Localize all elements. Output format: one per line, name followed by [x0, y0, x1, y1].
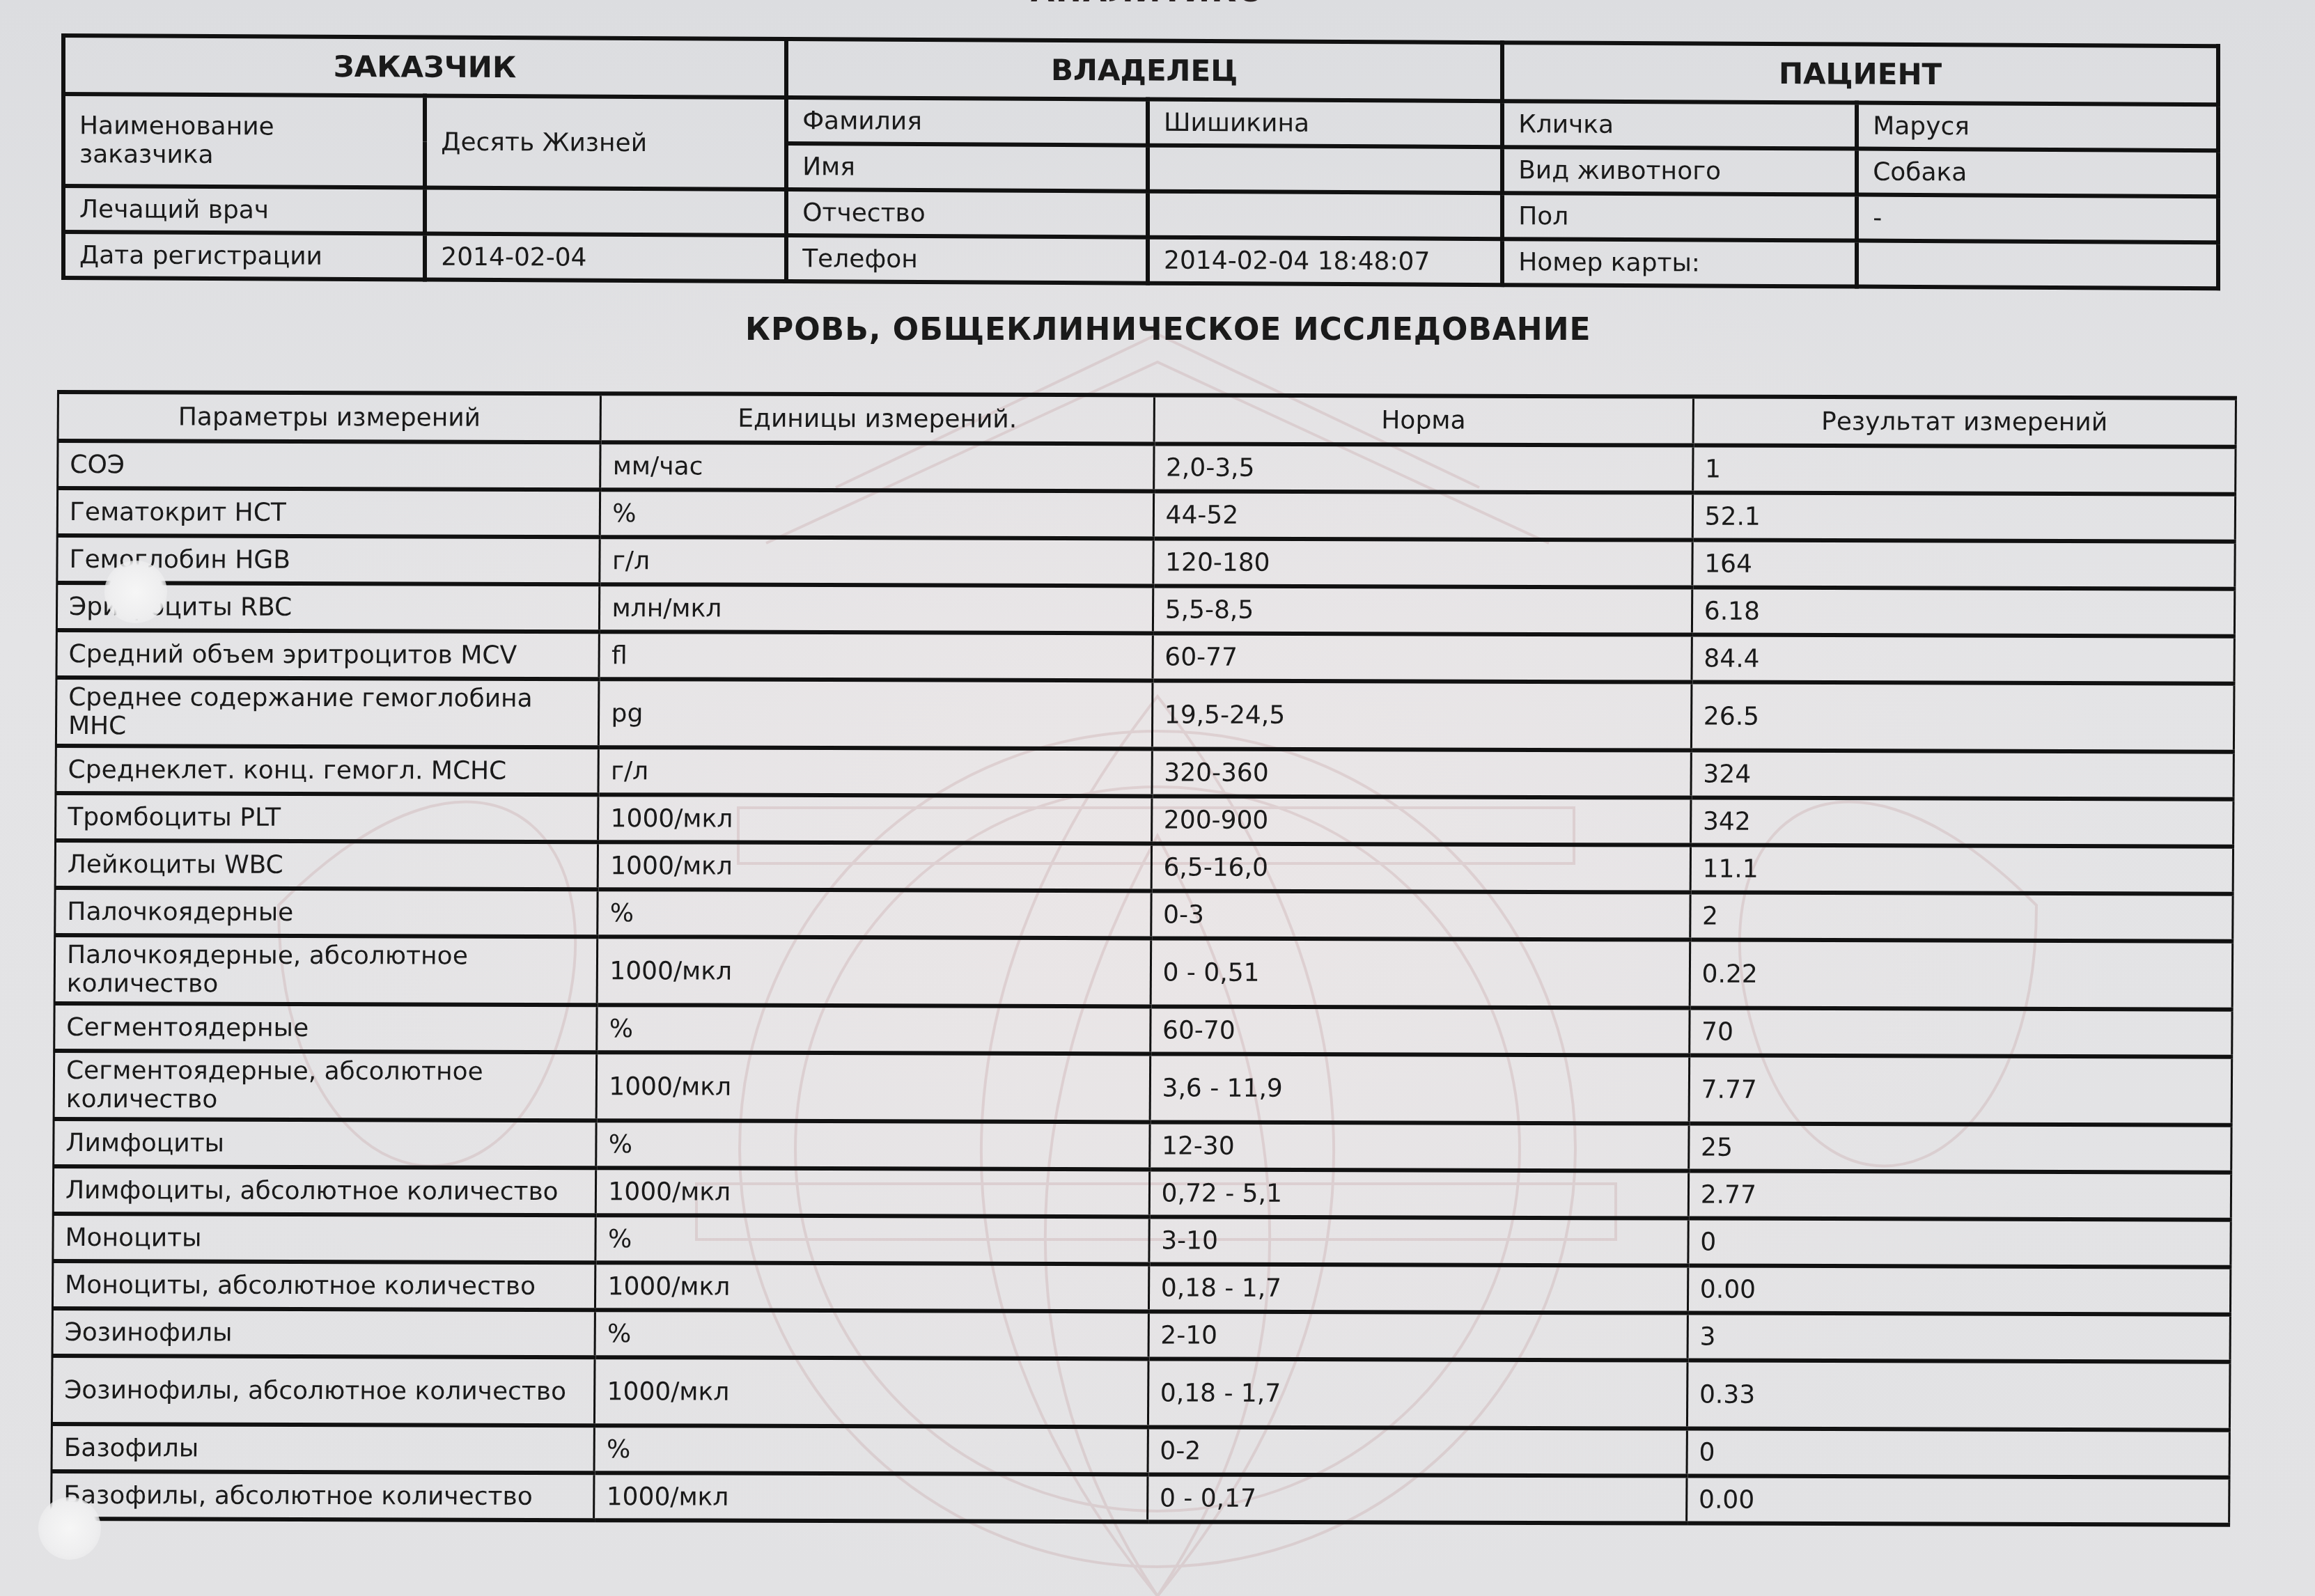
result-cell: 11.1 [1690, 845, 2234, 894]
patient-header: ПАЦИЕНТ [1502, 42, 2218, 104]
norm-cell: 2-10 [1148, 1311, 1688, 1360]
table-row: Моноциты, абсолютное количество1000/мкл0… [52, 1261, 2230, 1315]
parameter-cell: Лимфоциты, абсолютное количество [53, 1166, 596, 1215]
norm-cell: 120-180 [1153, 538, 1692, 587]
customer-header: ЗАКАЗЧИК [63, 36, 786, 97]
table-row: Лимфоциты%12-3025 [54, 1119, 2231, 1173]
unit-cell: fl [599, 632, 1153, 680]
table-row: Гематокрит HCT%44-5252.1 [57, 488, 2235, 542]
norm-cell: 60-77 [1153, 633, 1692, 682]
info-header-row: ЗАКАЗЧИК ВЛАДЕЛЕЦ ПАЦИЕНТ [63, 36, 2218, 104]
norm-cell: 3,6 - 11,9 [1150, 1054, 1690, 1123]
norm-cell: 44-52 [1153, 491, 1693, 540]
parameter-cell: Моноциты, абсолютное количество [52, 1261, 595, 1310]
norm-cell: 0-3 [1151, 891, 1690, 939]
norm-cell: 2,0-3,5 [1153, 444, 1693, 492]
glare-spot [104, 561, 167, 623]
unit-cell: 1000/мкл [598, 795, 1152, 843]
table-row: Лейкоциты WBC1000/мкл6,5-16,011.1 [55, 840, 2233, 894]
column-header-parameter: Параметры измерений [58, 392, 601, 442]
table-row: Базофилы%0-20 [52, 1424, 2229, 1478]
table-row: Лимфоциты, абсолютное количество1000/мкл… [53, 1166, 2231, 1220]
parameter-cell: Базофилы [52, 1424, 595, 1473]
result-cell: 0.22 [1690, 940, 2233, 1010]
section-title: КРОВЬ, ОБЩЕКЛИНИЧЕСКОЕ ИССЛЕДОВАНИЕ [745, 312, 1591, 347]
patient-name-label: Кличка [1502, 101, 1857, 148]
norm-cell: 6,5-16,0 [1151, 843, 1691, 892]
result-cell: 0 [1687, 1429, 2230, 1478]
result-cell: 25 [1688, 1124, 2231, 1173]
result-cell: 164 [1692, 540, 2236, 589]
unit-cell: % [597, 1005, 1151, 1054]
doctor-label: Лечащий врач [63, 186, 425, 234]
unit-cell: 1000/мкл [598, 937, 1151, 1006]
parameter-cell: СОЭ [58, 441, 601, 490]
norm-cell: 19,5-24,5 [1152, 680, 1692, 750]
unit-cell: 1000/мкл [597, 1052, 1151, 1122]
unit-cell: pg [599, 679, 1153, 749]
norm-cell: 5,5-8,5 [1153, 586, 1692, 634]
result-cell: 26.5 [1691, 682, 2234, 752]
owner-firstname-label: Имя [786, 143, 1148, 191]
parameter-cell: Палочкоядерные [55, 888, 598, 937]
norm-cell: 200-900 [1151, 796, 1691, 845]
table-row: Средний объем эритроцитов MCVfl60-7784.4 [56, 630, 2234, 684]
card-number-label: Номер карты: [1502, 239, 1857, 286]
registration-date-label: Дата регистрации [63, 232, 425, 280]
unit-cell: % [595, 1215, 1149, 1264]
parameter-cell: Среднеклет. конц. гемогл. MCHC [56, 746, 599, 795]
unit-cell: % [598, 889, 1151, 938]
result-cell: 324 [1691, 751, 2234, 799]
result-cell: 6.18 [1692, 588, 2235, 636]
patient-species-value: Собака [1857, 149, 2218, 197]
owner-firstname-value [1148, 146, 1502, 193]
unit-cell: мм/час [600, 442, 1154, 491]
patient-sex-value: - [1857, 195, 2218, 243]
unit-cell: 1000/мкл [596, 1168, 1150, 1216]
result-cell: 0.00 [1687, 1266, 2231, 1315]
owner-phone-value: 2014-02-04 18:48:07 [1148, 237, 1502, 285]
result-cell: 2.77 [1688, 1171, 2231, 1220]
customer-name-label: Наименование заказчика [63, 94, 425, 188]
document-title-fragment: АНАЛИТИКО [1031, 0, 1265, 9]
table-row: Тромбоциты PLT1000/мкл200-900342 [56, 793, 2234, 847]
table-row: Моноциты%3-100 [53, 1214, 2231, 1267]
table-row: Гемоглобин HGBг/л120-180164 [57, 535, 2235, 589]
parameter-cell: Сегментоядерные [54, 1003, 598, 1052]
card-number-value [1857, 241, 2218, 289]
info-row: Наименование заказчика Десять Жизней Фам… [63, 94, 2218, 150]
norm-cell: 0 - 0,51 [1151, 938, 1690, 1008]
unit-cell: г/л [600, 537, 1153, 586]
parameter-cell: Эозинофилы [52, 1308, 595, 1357]
column-header-result: Результат измерений [1693, 397, 2236, 447]
result-cell: 0 [1688, 1219, 2231, 1267]
owner-patronymic-label: Отчество [786, 189, 1148, 237]
patient-species-label: Вид животного [1502, 147, 1857, 194]
parameter-cell: Средний объем эритроцитов MCV [56, 630, 600, 679]
unit-cell: % [594, 1425, 1148, 1474]
result-cell: 3 [1687, 1313, 2231, 1362]
result-cell: 0.00 [1686, 1476, 2229, 1525]
parameter-cell: Среднее содержание гемоглобина MHC [56, 678, 599, 747]
registration-date-value: 2014-02-04 [425, 234, 786, 282]
owner-phone-label: Телефон [786, 235, 1148, 283]
parameter-cell: Базофилы, абсолютное количество [52, 1471, 595, 1520]
norm-cell: 320-360 [1152, 749, 1692, 797]
parameter-cell: Палочкоядерные, абсолютное количество [54, 935, 598, 1005]
table-row: Эритроциты RBCмлн/мкл5,5-8,56.18 [56, 583, 2234, 636]
table-row: Сегментоядерные, абсолютное количество10… [54, 1051, 2232, 1125]
result-cell: 342 [1690, 798, 2234, 847]
unit-cell: % [595, 1310, 1148, 1359]
owner-header: ВЛАДЕЛЕЦ [786, 39, 1502, 101]
customer-name-value: Десять Жизней [425, 96, 786, 190]
parameter-cell: Эозинофилы, абсолютное количество [52, 1356, 595, 1425]
result-cell: 2 [1690, 893, 2233, 941]
parameter-cell: Лимфоциты [54, 1119, 597, 1168]
owner-surname-label: Фамилия [786, 97, 1148, 146]
table-row: Палочкоядерные, абсолютное количество100… [54, 935, 2233, 1010]
norm-cell: 60-70 [1150, 1006, 1690, 1055]
unit-cell: 1000/мкл [595, 1357, 1148, 1427]
table-row: Среднеклет. конц. гемогл. MCHCг/л320-360… [56, 746, 2234, 799]
result-cell: 70 [1689, 1008, 2232, 1057]
parameter-cell: Гематокрит HCT [57, 488, 600, 537]
result-cell: 84.4 [1692, 635, 2235, 684]
glare-spot [38, 1497, 101, 1560]
norm-cell: 0 - 0,17 [1147, 1474, 1687, 1523]
result-cell: 52.1 [1692, 493, 2236, 542]
column-header-norm: Норма [1154, 395, 1694, 445]
norm-cell: 3-10 [1149, 1216, 1689, 1265]
table-row: Эозинофилы, абсолютное количество1000/мк… [52, 1356, 2230, 1430]
norm-cell: 0,18 - 1,7 [1148, 1359, 1687, 1428]
patient-sex-label: Пол [1502, 193, 1857, 240]
result-cell: 1 [1692, 446, 2236, 494]
table-row: Сегментоядерные%60-7070 [54, 1003, 2232, 1057]
info-row: Дата регистрации 2014-02-04 Телефон 2014… [63, 232, 2218, 288]
norm-cell: 0,72 - 5,1 [1149, 1169, 1689, 1218]
result-cell: 7.77 [1689, 1056, 2232, 1125]
parameter-cell: Лейкоциты WBC [55, 840, 598, 889]
unit-cell: % [596, 1120, 1150, 1169]
result-cell: 0.33 [1687, 1361, 2230, 1430]
table-row: Эозинофилы%2-103 [52, 1308, 2230, 1362]
unit-cell: 1000/мкл [598, 842, 1152, 891]
lab-header-row: Параметры измерений Единицы измерений. Н… [58, 392, 2236, 447]
unit-cell: 1000/мкл [595, 1262, 1149, 1311]
doctor-value [425, 188, 786, 236]
table-row: СОЭмм/час2,0-3,51 [58, 441, 2236, 494]
parameter-cell: Моноциты [53, 1214, 596, 1262]
lab-table-body: СОЭмм/час2,0-3,51Гематокрит HCT%44-5252.… [52, 441, 2236, 1525]
parameter-cell: Сегментоядерные, абсолютное количество [54, 1051, 597, 1120]
column-header-unit: Единицы измерений. [600, 393, 1154, 444]
table-row: Палочкоядерные%0-32 [55, 888, 2233, 941]
norm-cell: 0,18 - 1,7 [1148, 1264, 1688, 1313]
unit-cell: % [600, 490, 1154, 538]
parameter-cell: Тромбоциты PLT [56, 793, 599, 842]
norm-cell: 0-2 [1148, 1427, 1687, 1476]
table-row: Базофилы, абсолютное количество1000/мкл0… [52, 1471, 2229, 1525]
header-info-table: ЗАКАЗЧИК ВЛАДЕЛЕЦ ПАЦИЕНТ Наименование з… [61, 33, 2220, 290]
unit-cell: г/л [598, 747, 1152, 796]
owner-surname-value: Шишикина [1148, 100, 1502, 147]
unit-cell: млн/мкл [600, 584, 1153, 633]
patient-name-value: Маруся [1857, 103, 2218, 151]
norm-cell: 12-30 [1149, 1122, 1689, 1171]
owner-patronymic-value [1148, 191, 1502, 239]
unit-cell: 1000/мкл [594, 1473, 1148, 1521]
blood-test-table: Параметры измерений Единицы измерений. Н… [50, 390, 2237, 1527]
table-row: Среднее содержание гемоглобина MHCpg19,5… [56, 678, 2234, 752]
